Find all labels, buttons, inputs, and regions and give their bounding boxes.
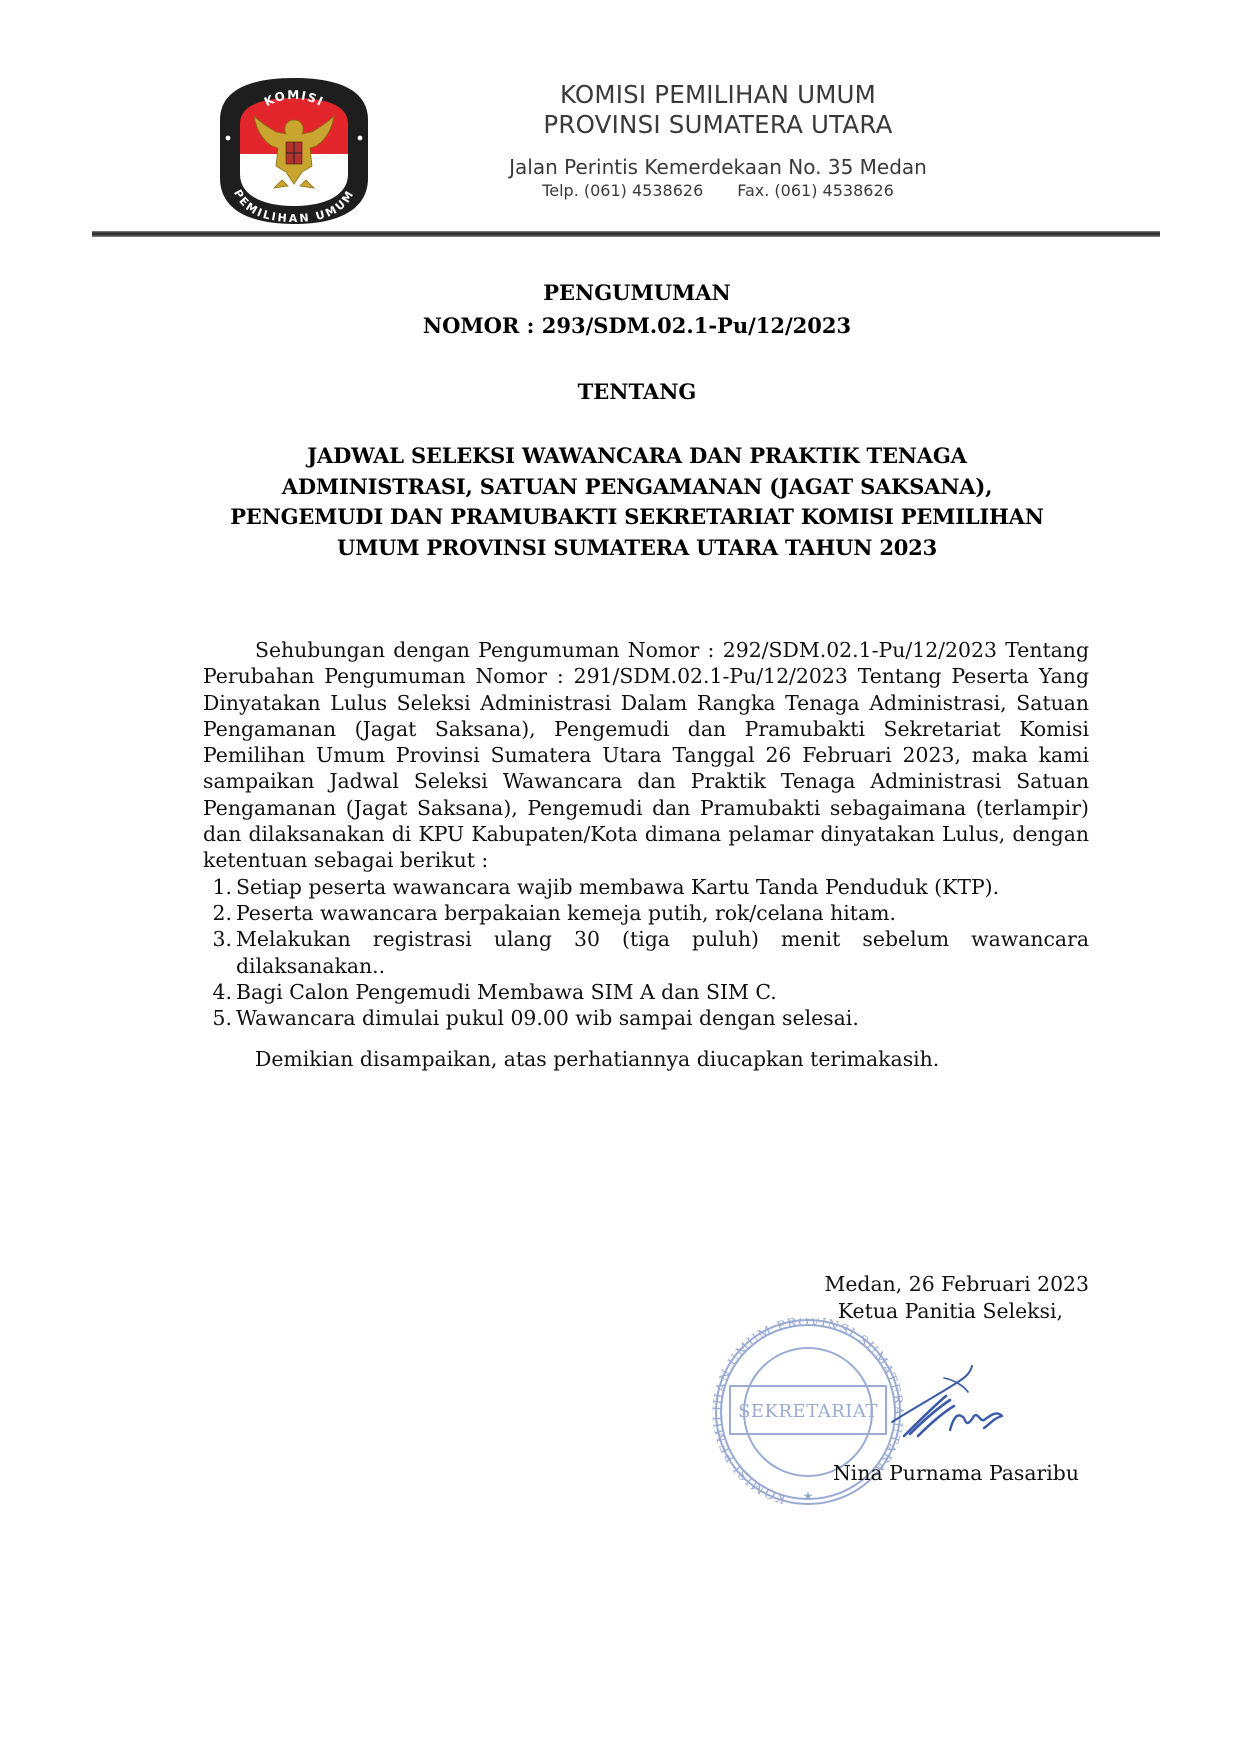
institution-name: KOMISI PEMILIHAN UMUM <box>468 80 968 110</box>
letterhead-divider <box>92 231 1160 237</box>
list-number: 2. <box>203 900 236 926</box>
closing-paragraph: Demikian disampaikan, atas perhatiannya … <box>203 1046 1089 1072</box>
list-item: 1.Setiap peserta wawancara wajib membawa… <box>203 874 1089 900</box>
document-type: PENGUMUMAN <box>150 276 1124 309</box>
stamp-center-text: SEKRETARIAT <box>738 1401 878 1422</box>
list-number: 5. <box>203 1005 236 1031</box>
place-date: Medan, 26 Februari 2023 <box>669 1271 1089 1298</box>
list-text: Bagi Calon Pengemudi Membawa SIM A dan S… <box>236 979 1089 1005</box>
signature-block: Medan, 26 Februari 2023 Ketua Panitia Se… <box>669 1271 1089 1325</box>
requirements-list: 1.Setiap peserta wawancara wajib membawa… <box>203 874 1089 1032</box>
document-number: NOMOR : 293/SDM.02.1-Pu/12/2023 <box>150 309 1124 342</box>
list-item: 3.Melakukan registrasi ulang 30 (tiga pu… <box>203 926 1089 979</box>
signatory-role: Ketua Panitia Seleksi, <box>669 1298 1089 1325</box>
svg-text:★: ★ <box>803 1489 814 1503</box>
subject-line: PENGEMUDI DAN PRAMUBAKTI SEKRETARIAT KOM… <box>150 502 1124 533</box>
kpu-emblem-icon: KOMISI PEMILIHAN UMUM <box>216 76 372 226</box>
intro-paragraph: Sehubungan dengan Pengumuman Nomor : 292… <box>203 637 1089 874</box>
list-text: Peserta wawancara berpakaian kemeja puti… <box>236 900 1089 926</box>
list-number: 4. <box>203 979 236 1005</box>
subject-line: ADMINISTRASI, SATUAN PENGAMANAN (JAGAT S… <box>150 472 1124 503</box>
announcement-heading: PENGUMUMAN NOMOR : 293/SDM.02.1-Pu/12/20… <box>150 276 1124 342</box>
list-text: Setiap peserta wawancara wajib membawa K… <box>236 874 1089 900</box>
signatory-name: Nina Purnama Pasaribu <box>833 1460 1079 1487</box>
subject-line: UMUM PROVINSI SUMATERA UTARA TAHUN 2023 <box>150 533 1124 564</box>
handwritten-signature-icon <box>884 1356 1010 1444</box>
fax-number: Fax. (061) 4538626 <box>737 181 894 200</box>
list-item: 5.Wawancara dimulai pukul 09.00 wib samp… <box>203 1005 1089 1031</box>
institution-address: Jalan Perintis Kemerdekaan No. 35 Medan <box>468 154 968 180</box>
contact-line: Telp. (061) 4538626Fax. (061) 4538626 <box>468 180 968 202</box>
list-item: 4.Bagi Calon Pengemudi Membawa SIM A dan… <box>203 979 1089 1005</box>
list-text: Melakukan registrasi ulang 30 (tiga pulu… <box>236 926 1089 979</box>
list-number: 1. <box>203 874 236 900</box>
letterhead: KOMISI PEMILIHAN UMUM KOMISI PEMILIHAN U… <box>0 0 1241 250</box>
letterhead-text: KOMISI PEMILIHAN UMUM PROVINSI SUMATERA … <box>468 80 968 202</box>
about-label: TENTANG <box>150 377 1124 407</box>
list-item: 2.Peserta wawancara berpakaian kemeja pu… <box>203 900 1089 926</box>
list-text: Wawancara dimulai pukul 09.00 wib sampai… <box>236 1005 1089 1031</box>
phone-number: Telp. (061) 4538626 <box>542 181 703 200</box>
institution-province: PROVINSI SUMATERA UTARA <box>468 110 968 140</box>
list-number: 3. <box>203 926 236 979</box>
announcement-subject: JADWAL SELEKSI WAWANCARA DAN PRAKTIK TEN… <box>150 441 1124 563</box>
subject-line: JADWAL SELEKSI WAWANCARA DAN PRAKTIK TEN… <box>150 441 1124 472</box>
announcement-body: Sehubungan dengan Pengumuman Nomor : 292… <box>203 637 1089 1073</box>
